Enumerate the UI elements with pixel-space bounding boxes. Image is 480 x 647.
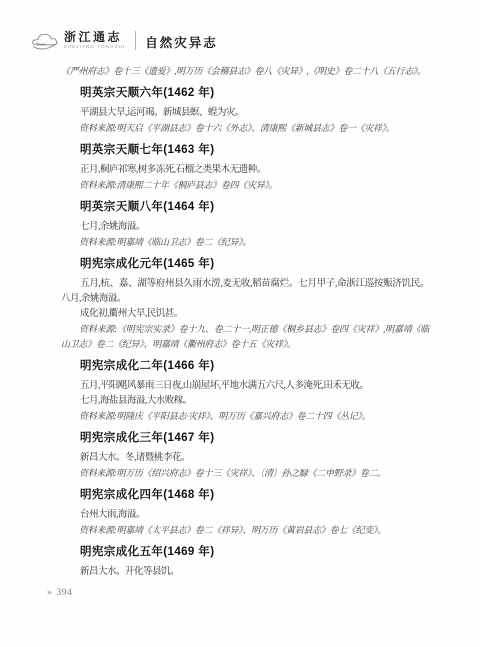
page-content: 《严州府志》卷十三《遗爱》,明万历《会稽县志》卷八《灾异》,《明史》卷二十八《五…	[61, 64, 429, 580]
year-section: 明宪宗成化元年(1465 年) 五月,杭、嘉、湖等府州县久雨水涝,麦无收,稻苗腐…	[61, 258, 429, 352]
event-paragraph: 七月,余姚海溢。	[61, 220, 429, 235]
event-paragraph: 台州大雨,海溢。	[61, 508, 429, 523]
source-line: 资料来源:明万历《绍兴府志》卷十三《灾祥》、〔清〕孙之騄《二申野录》卷二。	[61, 466, 429, 481]
year-section: 明宪宗成化五年(1469 年) 新昌大水。开化等县饥。	[61, 546, 429, 580]
source-line: 资料来源:明嘉靖《太平县志》卷二《祥异》、明万历《黄岩县志》卷七《纪变》。	[61, 523, 429, 538]
volume-title: 自然灾异志	[145, 30, 218, 51]
era-heading: 明宪宗成化二年(1466 年)	[61, 360, 429, 373]
page-number: 394	[57, 588, 73, 598]
event-paragraph: 成化初,衢州大旱,民饥甚。	[61, 307, 429, 322]
paragraphs: 平湖县大旱,运河竭。新城县螟、蝗为灾。	[61, 106, 429, 121]
era-heading: 明宪宗成化元年(1465 年)	[61, 258, 429, 271]
page-marker-icon: »	[47, 588, 53, 598]
sections: 明英宗天顺六年(1462 年) 平湖县大旱,运河竭。新城县螟、蝗为灾。 资料来源…	[61, 87, 429, 580]
year-section: 明宪宗成化二年(1466 年) 五月,平阳飓风暴雨三日夜,山崩屋坏,平地水满五六…	[61, 360, 429, 424]
event-paragraph: 新昌大水。开化等县饥。	[61, 565, 429, 580]
page-footer: » 394	[47, 588, 72, 598]
era-heading: 明英宗天顺七年(1463 年)	[61, 144, 429, 157]
paragraphs: 新昌大水。冬,诸暨桃李花。	[61, 451, 429, 466]
paragraphs: 五月,平阳飓风暴雨三日夜,山崩屋坏,平地水满五六尺,人多淹死,田禾无收。七月,海…	[61, 379, 429, 409]
era-heading: 明宪宗成化四年(1468 年)	[61, 489, 429, 502]
event-paragraph: 五月,平阳飓风暴雨三日夜,山崩屋坏,平地水满五六尺,人多淹死,田禾无收。	[61, 379, 429, 394]
book-page: 浙江通志 ZHEJIANG TONGZHI 自然灾异志 《严州府志》卷十三《遗爱…	[0, 0, 480, 647]
year-section: 明宪宗成化四年(1468 年) 台州大雨,海溢。 资料来源:明嘉靖《太平县志》卷…	[61, 489, 429, 538]
era-heading: 明英宗天顺六年(1462 年)	[61, 87, 429, 100]
source-continuation-line: 《严州府志》卷十三《遗爱》,明万历《会稽县志》卷八《灾异》,《明史》卷二十八《五…	[61, 64, 429, 79]
source-line: 资料来源:明隆庆《平阳县志·灾祥》、明万历《嘉兴府志》卷二十四《丛记》。	[61, 409, 429, 424]
source-line: 资料来源:明嘉靖《临山卫志》卷二《纪异》。	[61, 235, 429, 250]
source-line: 资料来源:清康熙二十年《桐庐县志》卷四《灾异》。	[61, 178, 429, 193]
paragraphs: 正月,桐庐祁寒,树多冻死,石榴之类果木无遗种。	[61, 163, 429, 178]
event-paragraph: 新昌大水。冬,诸暨桃李花。	[61, 451, 429, 466]
paragraphs: 新昌大水。开化等县饥。	[61, 565, 429, 580]
event-paragraph: 正月,桐庐祁寒,树多冻死,石榴之类果木无遗种。	[61, 163, 429, 178]
year-section: 明宪宗成化三年(1467 年) 新昌大水。冬,诸暨桃李花。 资料来源:明万历《绍…	[61, 432, 429, 481]
source-line: 资料来源:《明宪宗实录》卷十九、卷二十一,明正德《桐乡县志》卷四《灾祥》,明嘉靖…	[61, 322, 429, 352]
brand-block: 浙江通志 ZHEJIANG TONGZHI	[64, 31, 125, 50]
event-paragraph: 七月,海盐县海溢,大水败稼。	[61, 394, 429, 409]
year-section: 明英宗天顺八年(1464 年) 七月,余姚海溢。 资料来源:明嘉靖《临山卫志》卷…	[61, 201, 429, 250]
year-section: 明英宗天顺七年(1463 年) 正月,桐庐祁寒,树多冻死,石榴之类果木无遗种。 …	[61, 144, 429, 193]
paragraphs: 台州大雨,海溢。	[61, 508, 429, 523]
page-header: 浙江通志 ZHEJIANG TONGZHI 自然灾异志	[30, 29, 218, 52]
cloud-logo-icon	[30, 29, 60, 52]
source-line: 资料来源:明天启《平湖县志》卷十六《外志》、清康熙《新城县志》卷一《灾祥》。	[61, 121, 429, 136]
era-heading: 明宪宗成化三年(1467 年)	[61, 432, 429, 445]
event-paragraph: 平湖县大旱,运河竭。新城县螟、蝗为灾。	[61, 106, 429, 121]
brand-name-cn: 浙江通志	[64, 31, 125, 43]
brand-name-en: ZHEJIANG TONGZHI	[64, 45, 125, 50]
era-heading: 明英宗天顺八年(1464 年)	[61, 201, 429, 214]
paragraphs: 七月,余姚海溢。	[61, 220, 429, 235]
year-section: 明英宗天顺六年(1462 年) 平湖县大旱,运河竭。新城县螟、蝗为灾。 资料来源…	[61, 87, 429, 136]
header-divider	[135, 31, 136, 50]
paragraphs: 五月,杭、嘉、湖等府州县久雨水涝,麦无收,稻苗腐烂。七月甲子,命浙江巡按赈济饥民…	[61, 277, 429, 322]
event-paragraph: 五月,杭、嘉、湖等府州县久雨水涝,麦无收,稻苗腐烂。七月甲子,命浙江巡按赈济饥民…	[61, 277, 429, 307]
era-heading: 明宪宗成化五年(1469 年)	[61, 546, 429, 559]
